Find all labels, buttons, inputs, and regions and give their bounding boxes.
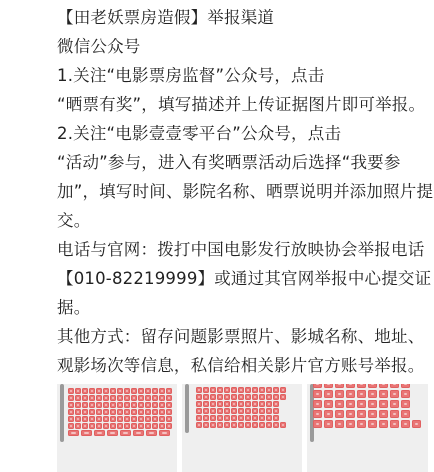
seat-icon: [346, 384, 355, 388]
seat-icon: [166, 409, 172, 415]
seat-icon: [224, 401, 230, 407]
seat-icon: [203, 387, 209, 393]
seat-icon: [379, 400, 388, 408]
seat-icon: [110, 395, 116, 401]
seat-icon: [231, 408, 237, 414]
seat-icon: [252, 394, 258, 400]
seat-icon: [259, 394, 265, 400]
seat-icon: [401, 384, 410, 388]
seat-icon: [245, 422, 251, 428]
seat-icon: [357, 410, 366, 418]
seat-icon: [131, 423, 137, 429]
scroll-indicator: [185, 384, 189, 433]
seat-icon: [390, 410, 399, 418]
seat-icon: [313, 400, 322, 408]
seat-icon: [266, 387, 272, 393]
seat-icon: [120, 430, 131, 436]
seat-icon: [210, 401, 216, 407]
seat-icon: [368, 420, 377, 428]
seat-icon: [152, 423, 158, 429]
seat-icon: [324, 420, 333, 428]
seat-icon: [313, 384, 322, 388]
seat-icon: [346, 410, 355, 418]
seat-icon: [89, 395, 95, 401]
seat-icon: [138, 409, 144, 415]
scroll-indicator: [60, 384, 64, 442]
seat-icon: [245, 401, 251, 407]
seat-icon: [224, 387, 230, 393]
seat-icon: [68, 423, 74, 429]
seat-icon: [259, 387, 265, 393]
seat-icon: [335, 410, 344, 418]
seat-icon: [166, 395, 172, 401]
seat-icon: [313, 420, 322, 428]
seat-icon: [346, 390, 355, 398]
seat-icon: [110, 402, 116, 408]
seat-icon: [238, 387, 244, 393]
seat-icon: [68, 416, 74, 422]
seat-icon: [117, 388, 123, 394]
seat-icon: [103, 388, 109, 394]
seat-icon: [266, 401, 272, 407]
seat-icon: [368, 384, 377, 388]
seat-icon: [117, 416, 123, 422]
seat-row: [196, 415, 287, 421]
text-line: 据。: [57, 293, 429, 322]
seat-icon: [75, 402, 81, 408]
seat-icon: [401, 390, 410, 398]
seat-icon: [379, 420, 388, 428]
seat-icon: [324, 384, 333, 388]
seat-icon: [82, 416, 88, 422]
seat-icon: [75, 423, 81, 429]
seat-icon: [145, 388, 151, 394]
seat-icon: [238, 408, 244, 414]
seat-icon: [117, 423, 123, 429]
seat-icon: [245, 394, 251, 400]
seat-icon: [159, 409, 165, 415]
seat-icon: [266, 415, 272, 421]
seat-icon: [273, 408, 279, 414]
seat-icon: [131, 388, 137, 394]
seat-icon: [273, 422, 279, 428]
seat-icon: [379, 390, 388, 398]
seat-icon: [138, 423, 144, 429]
seat-icon: [335, 400, 344, 408]
seat-icon: [280, 422, 286, 428]
seat-icon: [159, 402, 165, 408]
seat-icon: [313, 410, 322, 418]
seat-icon: [368, 410, 377, 418]
seat-icon: [94, 430, 105, 436]
seat-icon: [203, 408, 209, 414]
seat-grid: [68, 388, 173, 437]
seat-icon: [224, 415, 230, 421]
seat-row: [196, 422, 287, 428]
seat-icon: [245, 408, 251, 414]
seat-icon: [231, 415, 237, 421]
seat-icon: [138, 395, 144, 401]
section-other: 其他方式：留存问题影票照片、影城名称、地址、: [57, 322, 429, 351]
seat-icon: [152, 409, 158, 415]
seat-icon: [166, 423, 172, 429]
seat-icon: [203, 401, 209, 407]
seat-icon: [89, 409, 95, 415]
seat-icon: [124, 423, 130, 429]
seat-icon: [110, 409, 116, 415]
seat-icon: [231, 387, 237, 393]
seat-icon: [266, 408, 272, 414]
seat-icon: [217, 408, 223, 414]
seat-icon: [68, 409, 74, 415]
seat-icon: [81, 430, 92, 436]
seat-icon: [196, 408, 202, 414]
seat-icon: [96, 395, 102, 401]
seat-icon: [159, 388, 165, 394]
seat-icon: [145, 409, 151, 415]
seat-icon: [390, 390, 399, 398]
seat-icon: [159, 416, 165, 422]
seat-icon: [273, 394, 279, 400]
seat-icon: [412, 420, 421, 428]
seat-icon: [131, 416, 137, 422]
seat-icon: [196, 394, 202, 400]
seat-icon: [231, 394, 237, 400]
seat-icon: [133, 430, 144, 436]
seat-icon: [390, 400, 399, 408]
seat-icon: [145, 416, 151, 422]
seat-icon: [266, 422, 272, 428]
seat-icon: [210, 387, 216, 393]
post-body: 【田老妖票房造假】举报渠道 微信公众号 1.关注“电影票房监督”公众号，点击 “…: [57, 0, 429, 409]
seat-icon: [146, 430, 157, 436]
seat-icon: [124, 388, 130, 394]
seat-row: [196, 401, 287, 407]
seat-icon: [103, 416, 109, 422]
seat-icon: [68, 395, 74, 401]
seat-icon: [252, 422, 258, 428]
seat-icon: [103, 409, 109, 415]
text-line: “晒票有奖”，填写描述并上传证据图片即可举报。: [57, 90, 429, 119]
seat-icon: [196, 387, 202, 393]
seat-icon: [152, 402, 158, 408]
seat-icon: [273, 387, 279, 393]
seat-icon: [252, 415, 258, 421]
seat-icon: [401, 420, 410, 428]
seat-icon: [96, 388, 102, 394]
seat-icon: [231, 401, 237, 407]
seat-icon: [210, 394, 216, 400]
seat-icon: [245, 415, 251, 421]
seat-icon: [231, 422, 237, 428]
seat-icon: [145, 423, 151, 429]
seat-icon: [203, 394, 209, 400]
seat-icon: [110, 388, 116, 394]
seat-icon: [166, 402, 172, 408]
seat-icon: [238, 394, 244, 400]
seat-icon: [390, 420, 399, 428]
seat-icon: [252, 408, 258, 414]
seat-icon: [68, 402, 74, 408]
seat-icon: [131, 409, 137, 415]
seat-grid: [313, 384, 423, 430]
text-line: 【010-82219999】或通过其官网举报中心提交证: [57, 264, 429, 293]
seat-icon: [138, 416, 144, 422]
seat-icon: [89, 423, 95, 429]
seat-icon: [245, 387, 251, 393]
seat-icon: [252, 401, 258, 407]
seat-icon: [203, 422, 209, 428]
seat-icon: [357, 384, 366, 388]
text-line: 2.关注“电影壹壹零平台”公众号，点击: [57, 119, 429, 148]
section-wechat: 微信公众号: [57, 32, 429, 61]
text-line: 观影场次等信息，私信给相关影片官方账号举报。: [57, 351, 429, 380]
seat-icon: [117, 409, 123, 415]
seat-icon: [368, 400, 377, 408]
seat-icon: [103, 423, 109, 429]
seat-icon: [280, 394, 286, 400]
seat-icon: [82, 409, 88, 415]
seat-icon: [68, 388, 74, 394]
seat-icon: [210, 408, 216, 414]
seat-icon: [324, 390, 333, 398]
seat-row: [68, 395, 173, 401]
seat-icon: [217, 415, 223, 421]
seat-icon: [217, 422, 223, 428]
seat-icon: [217, 387, 223, 393]
seat-icon: [103, 395, 109, 401]
seat-row: [68, 430, 173, 436]
seat-icon: [96, 409, 102, 415]
seat-icon: [238, 422, 244, 428]
seat-icon: [238, 415, 244, 421]
seat-row: [68, 416, 173, 422]
seat-row: [196, 408, 287, 414]
seat-row: [196, 394, 287, 400]
seat-icon: [131, 402, 137, 408]
seat-icon: [224, 422, 230, 428]
seat-icon: [379, 384, 388, 388]
seat-icon: [335, 420, 344, 428]
seat-icon: [346, 420, 355, 428]
seat-icon: [401, 410, 410, 418]
seat-icon: [82, 395, 88, 401]
seat-icon: [324, 410, 333, 418]
seat-icon: [82, 402, 88, 408]
seat-icon: [238, 401, 244, 407]
seat-icon: [152, 388, 158, 394]
seat-icon: [124, 395, 130, 401]
seat-icon: [145, 395, 151, 401]
seat-icon: [210, 422, 216, 428]
seat-icon: [159, 423, 165, 429]
seat-icon: [82, 423, 88, 429]
seat-grid: [196, 387, 287, 429]
seat-icon: [401, 400, 410, 408]
seat-icon: [110, 416, 116, 422]
seat-icon: [196, 415, 202, 421]
seat-icon: [196, 401, 202, 407]
text-line: 1.关注“电影票房监督”公众号，点击: [57, 61, 429, 90]
seat-map-image-1[interactable]: [57, 384, 177, 472]
seat-row: [313, 410, 423, 418]
seat-icon: [110, 423, 116, 429]
section-phone: 电话与官网：拨打中国电影发行放映协会举报电话: [57, 235, 429, 264]
seat-icon: [68, 430, 79, 436]
seat-icon: [217, 394, 223, 400]
seat-icon: [266, 394, 272, 400]
seat-row: [68, 388, 173, 394]
seat-icon: [203, 415, 209, 421]
seat-icon: [335, 384, 344, 388]
seat-icon: [357, 400, 366, 408]
seat-icon: [103, 402, 109, 408]
seat-icon: [96, 416, 102, 422]
seat-row: [313, 400, 423, 408]
seat-icon: [138, 388, 144, 394]
seat-icon: [252, 387, 258, 393]
post-title: 【田老妖票房造假】举报渠道: [57, 3, 429, 32]
seat-icon: [82, 388, 88, 394]
seat-icon: [96, 423, 102, 429]
seat-icon: [124, 409, 130, 415]
seat-icon: [124, 402, 130, 408]
seat-icon: [224, 408, 230, 414]
seat-row: [313, 390, 423, 398]
seat-map-image-3[interactable]: [307, 384, 428, 472]
seat-row: [68, 402, 173, 408]
seat-icon: [159, 430, 170, 436]
seat-icon: [335, 390, 344, 398]
text-line: “活动”参与，进入有奖晒票活动后选择“我要参: [57, 148, 429, 177]
seat-icon: [124, 416, 130, 422]
seat-icon: [131, 395, 137, 401]
seat-icon: [280, 387, 286, 393]
seat-icon: [159, 395, 165, 401]
seat-icon: [357, 420, 366, 428]
seat-icon: [224, 394, 230, 400]
seat-icon: [210, 415, 216, 421]
seat-map-image-2[interactable]: [182, 384, 302, 472]
seat-icon: [368, 390, 377, 398]
seat-icon: [379, 410, 388, 418]
seat-row: [196, 387, 287, 393]
seat-icon: [166, 388, 172, 394]
seat-icon: [89, 402, 95, 408]
seat-icon: [166, 416, 172, 422]
seat-row: [313, 384, 423, 388]
seat-icon: [357, 390, 366, 398]
seat-icon: [390, 384, 399, 388]
seat-icon: [138, 402, 144, 408]
seat-icon: [145, 402, 151, 408]
image-gallery: [57, 384, 429, 472]
seat-row: [313, 420, 423, 428]
seat-icon: [273, 415, 279, 421]
seat-icon: [89, 388, 95, 394]
seat-icon: [75, 395, 81, 401]
seat-icon: [152, 395, 158, 401]
seat-row: [68, 423, 173, 429]
seat-icon: [117, 402, 123, 408]
seat-icon: [273, 401, 279, 407]
seat-icon: [196, 422, 202, 428]
seat-icon: [324, 400, 333, 408]
seat-icon: [217, 401, 223, 407]
text-line: 加”，填写时间、影院名称、晒票说明并添加照片提: [57, 177, 429, 206]
seat-row: [68, 409, 173, 415]
seat-icon: [107, 430, 118, 436]
seat-icon: [259, 415, 265, 421]
seat-icon: [259, 422, 265, 428]
seat-icon: [259, 408, 265, 414]
seat-icon: [152, 416, 158, 422]
seat-icon: [117, 395, 123, 401]
seat-icon: [96, 402, 102, 408]
seat-icon: [75, 416, 81, 422]
text-line: 交。: [57, 206, 429, 235]
seat-icon: [313, 390, 322, 398]
seat-icon: [89, 416, 95, 422]
seat-icon: [75, 388, 81, 394]
seat-icon: [75, 409, 81, 415]
seat-icon: [259, 401, 265, 407]
seat-icon: [346, 400, 355, 408]
